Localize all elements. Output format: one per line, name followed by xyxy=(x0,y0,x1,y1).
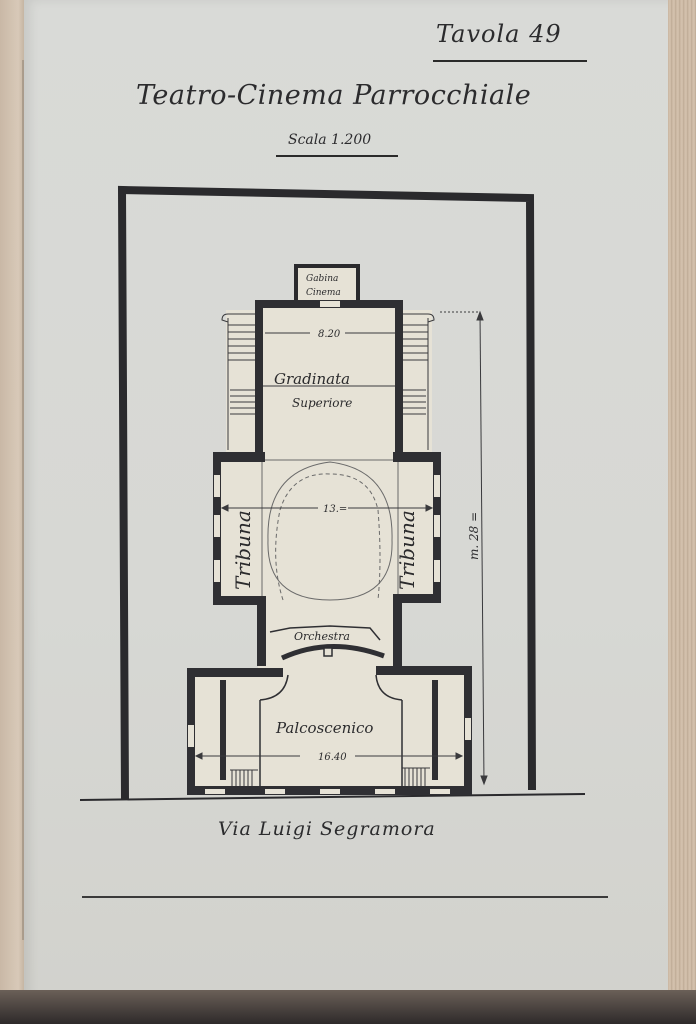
orchestra-label: Orchestra xyxy=(294,630,350,643)
booth-label-2: Cinema xyxy=(306,288,341,298)
gallery-width-label: 8.20 xyxy=(318,329,341,340)
hall-width-label: 13.= xyxy=(323,504,347,515)
tribune-right-label: Tribuna xyxy=(395,510,419,590)
bottom-rule xyxy=(82,896,608,898)
gallery-label-1: Gradinata xyxy=(274,370,350,388)
floor-plan: Gabina Cinema xyxy=(0,0,696,1024)
street-label: Via Luigi Segramora xyxy=(218,818,436,840)
projection-booth: Gabina Cinema xyxy=(296,266,358,302)
total-length-label: m. 28 = xyxy=(467,512,481,560)
booth-label-1: Gabina xyxy=(306,274,338,284)
stage-label: Palcoscenico xyxy=(275,719,373,737)
gallery-label-2: Superiore xyxy=(292,396,352,410)
tribune-left-label: Tribuna xyxy=(231,510,255,590)
stage-width-label: 16.40 xyxy=(318,752,347,763)
